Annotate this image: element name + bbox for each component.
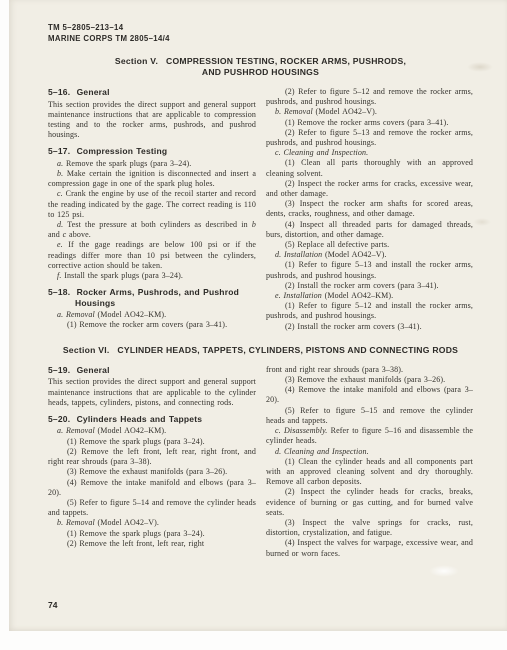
text-run: (5) Refer to figure 5–15 and remove the … [266,406,473,425]
text-run: (2) Inspect the cylinder heads for crack… [266,487,473,516]
italic-text-run: d. Installation [275,250,322,259]
text-run: (2) Refer to figure 5–13 and remove the … [266,128,473,147]
italic-text-run: a. Removal [57,426,95,435]
marine-corps-tm-line: MARINE CORPS TM 2805–14/4 [48,33,473,44]
paragraph: (4) Inspect the valves for warpage, exce… [266,538,473,558]
paragraph: This section provides the direct support… [48,377,256,408]
paragraph: (5) Replace all defective parts. [266,240,473,250]
text-run: Make certain the ignition is disconnecte… [48,169,256,188]
section-v-heading-line1: Section V. COMPRESSION TESTING, ROCKER A… [48,56,473,67]
italic-text-run: b. Removal [275,107,313,116]
section-vi-heading: Section VI. CYLINDER HEADS, TAPPETS, CYL… [48,345,473,356]
italic-text-run: c. Cleaning and Inspection. [275,148,368,157]
paragraph: b. Removal (Model AO42–V). [266,107,473,117]
paragraph: (3) Inspect the rocker arm shafts for sc… [266,199,473,219]
paragraph: c. Cleaning and Inspection. [266,148,473,158]
manual-page: TM 5–2805–213–14 MARINE CORPS TM 2805–14… [9,0,507,631]
text-run: (Model AO42–KM). [95,310,166,319]
text-run: (5) Replace all defective parts. [285,240,389,249]
section-v-right-column: (2) Refer to figure 5–12 and remove the … [266,87,473,332]
paragraph-heading: 5–17. Compression Testing [48,146,256,157]
section-vi-heading-line: Section VI. CYLINDER HEADS, TAPPETS, CYL… [48,345,473,356]
text-run: (4) Remove the intake manifold and elbow… [48,478,256,497]
text-run: (1) Remove the spark plugs (para 3–24). [67,529,205,538]
paragraph: (3) Remove the exhaust manifolds (para 3… [48,467,256,477]
text-run: This section provides the direct support… [48,377,256,406]
paragraph: (2) Install the rocker arm covers (para … [266,281,473,291]
text-run: Crank the engine by use of the recoil st… [48,189,256,218]
paragraph: front and right rear shrouds (para 3–38)… [266,365,473,375]
italic-text-run: e. Installation [275,291,322,300]
text-run: (3) Remove the exhaust manifolds (para 3… [67,467,227,476]
section-v-heading: Section V. COMPRESSION TESTING, ROCKER A… [48,56,473,78]
paragraph: (2) Inspect the rocker arms for cracks, … [266,179,473,199]
section-v-columns: 5–16. GeneralThis section provides the d… [48,87,473,332]
text-run: (Model AO42–KM). [322,291,393,300]
paragraph: d. Cleaning and Inspection. [266,447,473,457]
paragraph: (4) Remove the intake manifold and elbow… [266,385,473,405]
text-run: (2) Remove the left front, left rear, ri… [67,539,204,548]
text-run: 5–18. Rocker Arms, Pushrods, and Pushrod… [48,287,239,308]
paragraph: (1) Clean all parts thoroughly with an a… [266,158,473,178]
paragraph: (2) Refer to figure 5–13 and remove the … [266,128,473,148]
paragraph-heading: 5–19. General [48,365,256,376]
scan-smudge [429,565,459,577]
italic-text-run: b [252,220,256,229]
text-run: (2) Inspect the rocker arms for cracks, … [266,179,473,198]
paragraph: (2) Install the rocker arm covers (3–41)… [266,322,473,332]
text-run: 5–17. Compression Testing [48,146,167,156]
paragraph: (2) Refer to figure 5–12 and remove the … [266,87,473,107]
text-run: (3) Inspect the rocker arm shafts for sc… [266,199,473,218]
italic-text-run: a. Removal [57,310,95,319]
paragraph: (1) Remove the rocker arm covers (para 3… [48,320,256,330]
scan-smudge [473,218,491,226]
paragraph: e. If the gage readings are below 100 ps… [48,240,256,271]
text-run: (1) Clean all parts thoroughly with an a… [266,158,473,177]
text-run: (5) Refer to figure 5–14 and remove the … [48,498,256,517]
paragraph: (1) Remove the spark plugs (para 3–24). [48,529,256,539]
text-run: (1) Remove the rocker arms covers (para … [285,118,448,127]
section-vi-right-column: front and right rear shrouds (para 3–38)… [266,365,473,559]
italic-text-run: c. Disassembly. [275,426,327,435]
text-run: (2) Install the rocker arm covers (3–41)… [285,322,422,331]
paragraph: d. Installation (Model AO42–V). [266,250,473,260]
page-number: 74 [48,600,57,610]
text-run: This section provides the direct support… [48,100,256,140]
text-run: (4) Inspect all threaded parts for damag… [266,220,473,239]
text-run: (4) Remove the intake manifold and elbow… [266,385,473,404]
text-run: (Model AO42–V). [95,518,159,527]
text-run: 5–19. General [48,365,110,375]
text-run: If the gage readings are below 100 psi o… [48,240,256,269]
paragraph: d. Test the pressure at both cylinders a… [48,220,256,240]
italic-text-run: d. Cleaning and Inspection. [275,447,369,456]
text-run: Remove the spark plugs (para 3–24). [63,159,191,168]
text-run: (Model AO42–V). [313,107,377,116]
paragraph: (5) Refer to figure 5–15 and remove the … [266,406,473,426]
text-run: 5–16. General [48,87,110,97]
scanned-manual-screenshot: { "colors": { "paper": "#f1eee5", "ink":… [0,0,507,650]
paragraph: (2) Inspect the cylinder heads for crack… [266,487,473,518]
paragraph-heading: 5–20. Cylinders Heads and Tappets [48,414,256,425]
text-run: (3) Remove the exhaust manifolds (para 3… [285,375,445,384]
document-header: TM 5–2805–213–14 MARINE CORPS TM 2805–14… [48,22,473,44]
text-run: (2) Remove the left front, left rear, ri… [48,447,256,466]
paragraph: This section provides the direct support… [48,100,256,141]
paragraph: c. Disassembly. Refer to figure 5–16 and… [266,426,473,446]
paragraph: (1) Clean the cylinder heads and all com… [266,457,473,488]
text-run: Test the pressure at both cylinders as d… [63,220,252,229]
text-run: (1) Refer to figure 5–12 and install the… [266,301,473,320]
text-run: (4) Inspect the valves for warpage, exce… [266,538,473,557]
text-run: (2) Refer to figure 5–12 and remove the … [266,87,473,106]
text-run: (1) Remove the rocker arm covers (para 3… [67,320,227,329]
paragraph: b. Make certain the ignition is disconne… [48,169,256,189]
paragraph: a. Removal (Model AO42–KM). [48,426,256,436]
paragraph: (4) Remove the intake manifold and elbow… [48,478,256,498]
section-vi-columns: 5–19. GeneralThis section provides the d… [48,365,473,559]
paragraph: (4) Inspect all threaded parts for damag… [266,220,473,240]
text-run: 5–20. Cylinders Heads and Tappets [48,414,202,424]
tm-number-line: TM 5–2805–213–14 [48,22,473,33]
text-run: (3) Inspect the valve springs for cracks… [266,518,473,537]
text-run: (2) Install the rocker arm covers (para … [285,281,439,290]
section-v-heading-line2: AND PUSHROD HOUSINGS [48,67,473,78]
section-v-left-column: 5–16. GeneralThis section provides the d… [48,87,256,332]
text-run: (1) Refer to figure 5–13 and install the… [266,260,473,279]
text-run: Install the spark plugs (para 3–24). [61,271,183,280]
paragraph: (3) Remove the exhaust manifolds (para 3… [266,375,473,385]
paragraph: f. Install the spark plugs (para 3–24). [48,271,256,281]
paragraph: (1) Refer to figure 5–12 and install the… [266,301,473,321]
text-run: (Model AO42–KM). [95,426,166,435]
paragraph: c. Crank the engine by use of the recoil… [48,189,256,220]
text-run: (1) Clean the cylinder heads and all com… [266,457,473,486]
paragraph-heading: 5–18. Rocker Arms, Pushrods, and Pushrod… [48,287,256,308]
scan-smudge [467,62,493,72]
section-vi-left-column: 5–19. GeneralThis section provides the d… [48,365,256,559]
paragraph: (1) Refer to figure 5–13 and install the… [266,260,473,280]
paragraph-heading: 5–16. General [48,87,256,98]
text-run: front and right rear shrouds (para 3–38)… [266,365,403,374]
paragraph: (5) Refer to figure 5–14 and remove the … [48,498,256,518]
text-run: and [48,230,63,239]
text-run: (1) Remove the spark plugs (para 3–24). [67,437,205,446]
paragraph: a. Removal (Model AO42–KM). [48,310,256,320]
paragraph: e. Installation (Model AO42–KM). [266,291,473,301]
italic-text-run: b. Removal [57,518,95,527]
paragraph: (1) Remove the spark plugs (para 3–24). [48,437,256,447]
text-run: (Model AO42–V). [322,250,386,259]
paragraph: (2) Remove the left front, left rear, ri… [48,539,256,549]
paragraph: b. Removal (Model AO42–V). [48,518,256,528]
text-run: above. [66,230,91,239]
paragraph: (1) Remove the rocker arms covers (para … [266,118,473,128]
paragraph: a. Remove the spark plugs (para 3–24). [48,159,256,169]
paragraph: (2) Remove the left front, left rear, ri… [48,447,256,467]
paragraph: (3) Inspect the valve springs for cracks… [266,518,473,538]
